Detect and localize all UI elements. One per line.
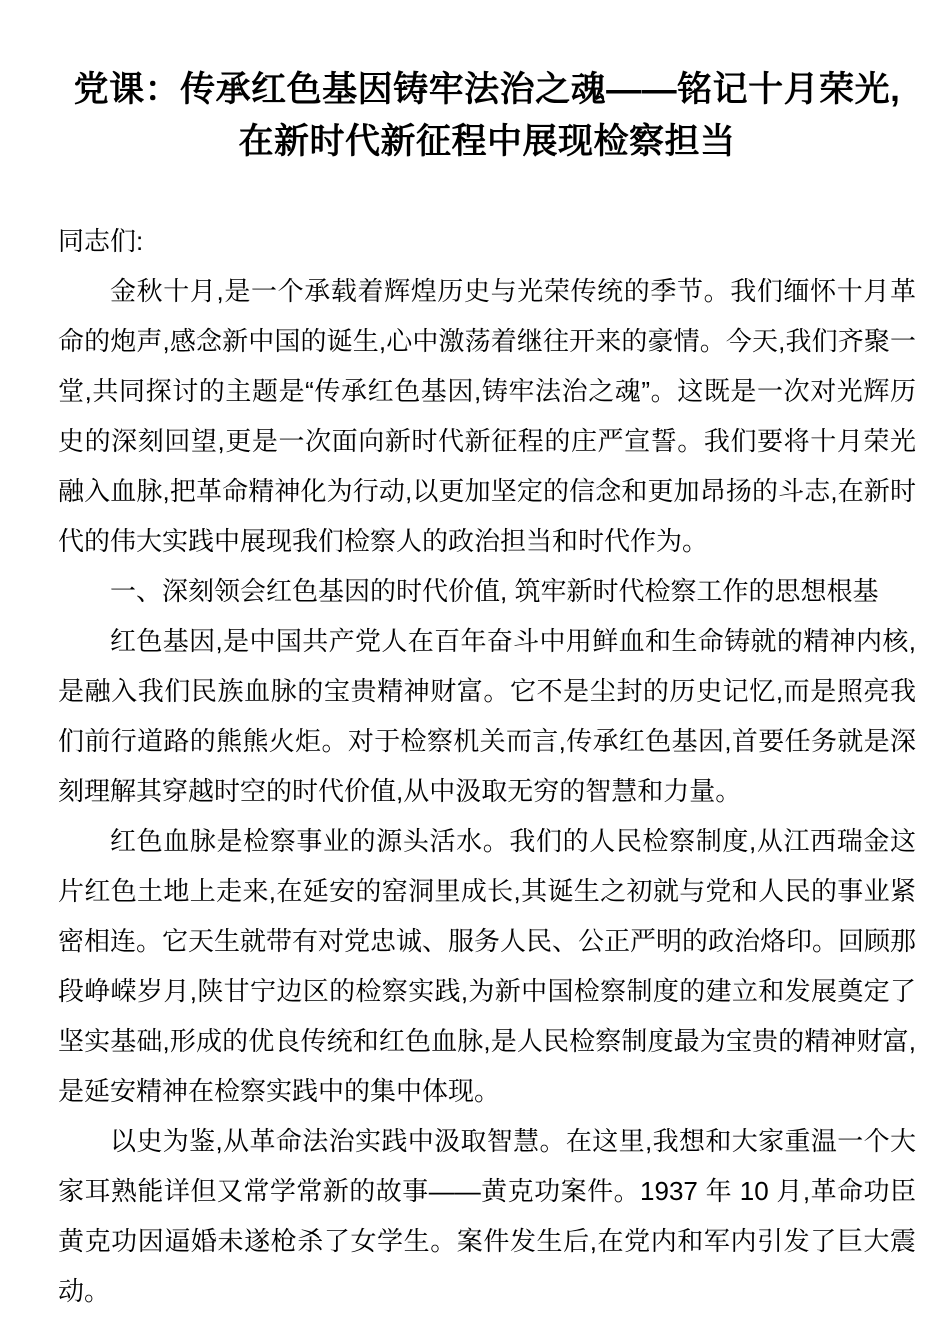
document-title-line-2: 在新时代新征程中展现检察担当 [58, 116, 916, 168]
document-title-line-1: 党课：传承红色基因铸牢法治之魂——铭记十月荣光, [58, 64, 916, 116]
document-page: 党课：传承红色基因铸牢法治之魂——铭记十月荣光, 在新时代新征程中展现检察担当 … [0, 0, 950, 1344]
document-title: 党课：传承红色基因铸牢法治之魂——铭记十月荣光, 在新时代新征程中展现检察担当 [58, 64, 916, 168]
paragraph-red-gene: 红色基因,是中国共产党人在百年奋斗中用鲜血和生命铸就的精神内核,是融入我们民族血… [58, 616, 916, 816]
document-body: 同志们: 金秋十月,是一个承载着辉煌历史与光荣传统的季节。我们缅怀十月革命的炮声… [58, 216, 916, 1316]
section-heading-1: 一、深刻领会红色基因的时代价值, 筑牢新时代检察工作的思想根基 [58, 566, 916, 616]
paragraph-history-lesson: 以史为鉴,从革命法治实践中汲取智慧。在这里,我想和大家重温一个大家耳熟能详但又常… [58, 1116, 916, 1316]
paragraph-opening: 金秋十月,是一个承载着辉煌历史与光荣传统的季节。我们缅怀十月革命的炮声,感念新中… [58, 266, 916, 566]
salutation: 同志们: [58, 216, 916, 266]
paragraph-red-bloodline: 红色血脉是检察事业的源头活水。我们的人民检察制度,从江西瑞金这片红色土地上走来,… [58, 816, 916, 1116]
document-content: 党课：传承红色基因铸牢法治之魂——铭记十月荣光, 在新时代新征程中展现检察担当 … [0, 0, 950, 1316]
